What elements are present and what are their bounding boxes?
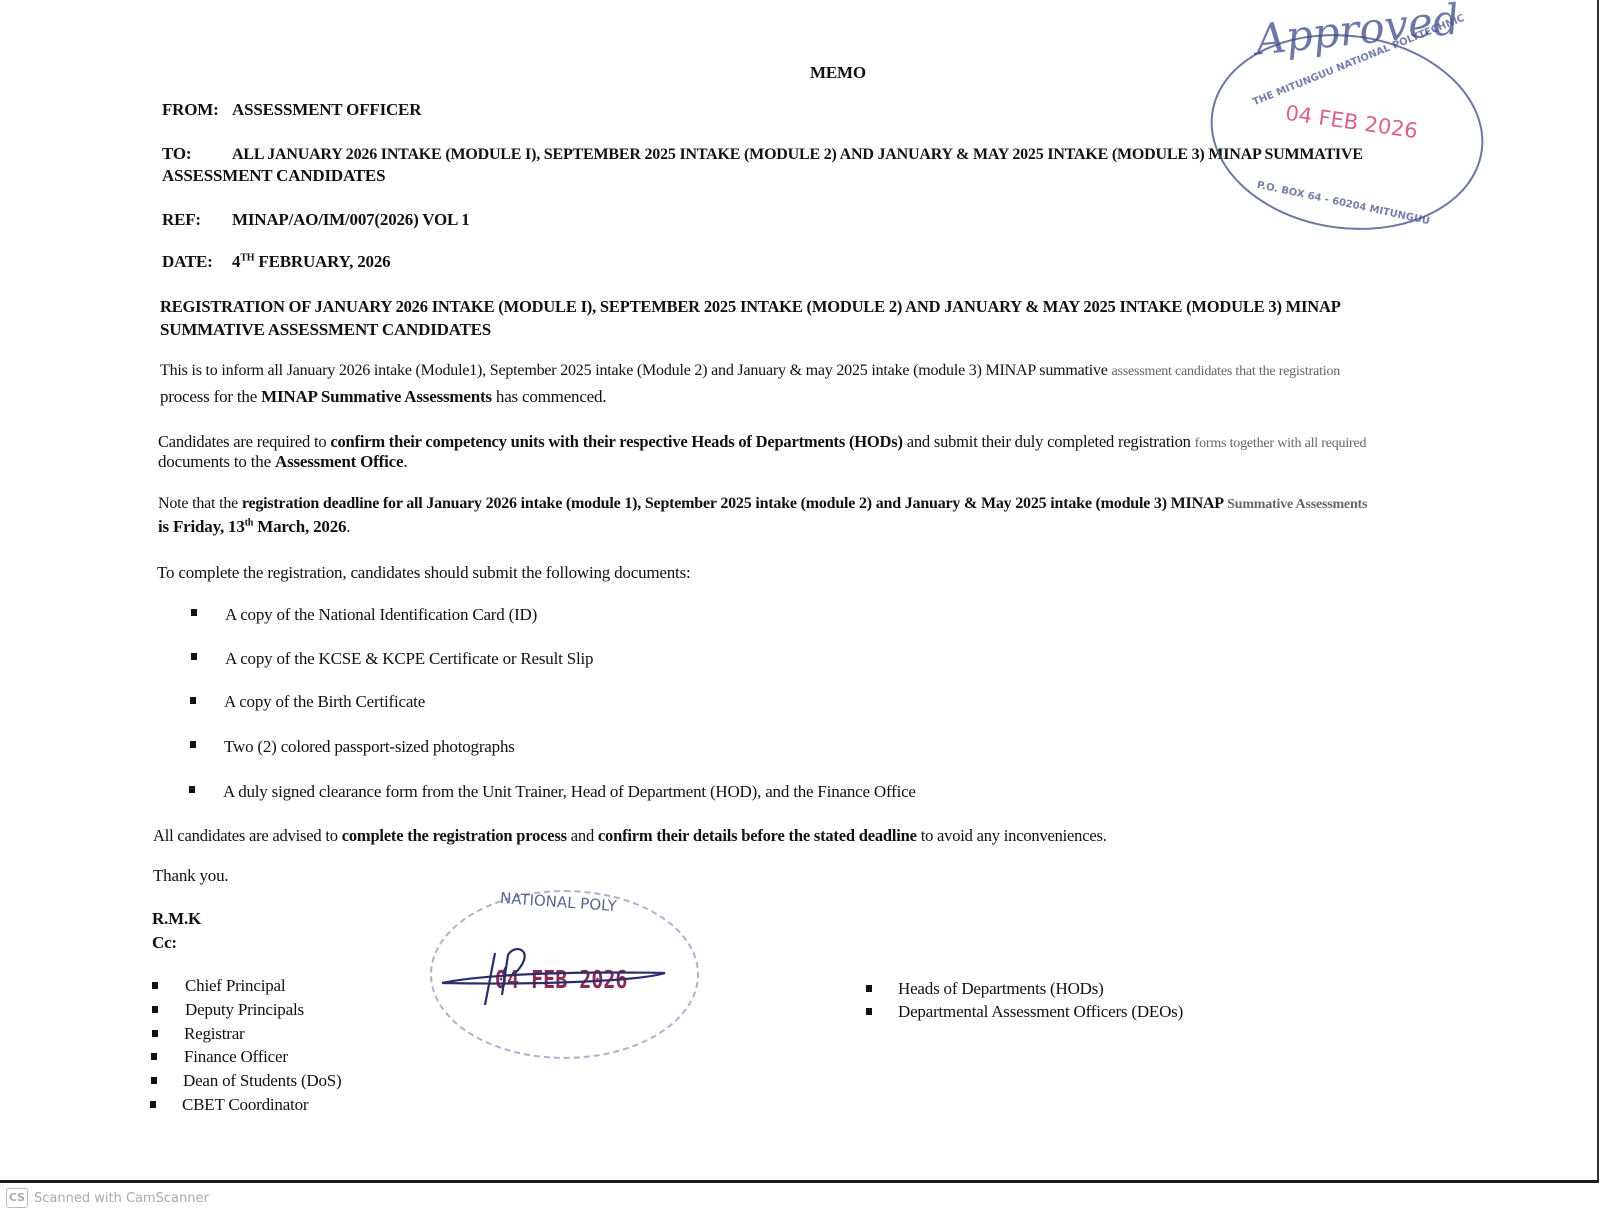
bullet-icon [190,741,196,748]
cc-item: Registrar [184,1024,245,1044]
to-value-continued: ASSESSMENT CANDIDATES [162,166,385,186]
camscanner-text: Scanned with CamScanner [34,1191,209,1206]
paragraph-3-line-1: Note that the registration deadline for … [158,495,1367,513]
date-line: DATE:4TH FEBRUARY, 2026 [162,252,390,272]
bullet-icon [866,1008,872,1015]
bullet-icon [152,1006,158,1013]
bullet-icon [150,1101,156,1108]
signatory-initials: R.M.K [152,909,201,929]
paragraph-4: To complete the registration, candidates… [157,563,691,583]
memo-title: MEMO [810,63,866,83]
subject-line-2: SUMMATIVE ASSESSMENT CANDIDATES [160,320,491,340]
bullet-icon [152,1030,158,1037]
document-item: A copy of the Birth Certificate [224,692,425,712]
cc-item: Finance Officer [184,1047,288,1067]
camscanner-footer: CS Scanned with CamScanner [6,1188,209,1208]
thanks-text: Thank you. [153,866,228,886]
ref-line: REF:MINAP/AO/IM/007(2026) VOL 1 [162,210,470,230]
paragraph-3-line-2: is Friday, 13th March, 2026. [158,517,350,537]
cc-item: Dean of Students (DoS) [183,1071,342,1091]
date-label: DATE: [162,252,232,272]
subject-line-1: REGISTRATION OF JANUARY 2026 INTAKE (MOD… [160,297,1341,317]
document-item: A copy of the KCSE & KCPE Certificate or… [225,649,593,669]
signature-icon [440,945,670,1015]
cc-label: Cc: [152,933,177,953]
from-label: FROM: [162,100,232,120]
paragraph-1-line-1: This is to inform all January 2026 intak… [160,362,1340,380]
bullet-icon [191,653,197,660]
camscanner-logo-icon: CS [6,1188,28,1208]
ref-label: REF: [162,210,232,230]
bullet-icon [151,1053,157,1060]
cc-item: Heads of Departments (HODs) [898,979,1104,999]
bullet-icon [152,982,158,989]
to-value: ALL JANUARY 2026 INTAKE (MODULE I), SEPT… [232,146,1363,163]
document-item: Two (2) colored passport-sized photograp… [224,737,515,757]
to-label: TO: [162,144,232,164]
paragraph-1-line-2: process for the MINAP Summative Assessme… [160,387,606,407]
bullet-icon [190,697,196,704]
paragraph-5: All candidates are advised to complete t… [153,826,1107,846]
bullet-icon [189,786,195,793]
to-line: TO:ALL JANUARY 2026 INTAKE (MODULE I), S… [162,144,1363,164]
bullet-icon [151,1077,157,1084]
from-value: ASSESSMENT OFFICER [232,100,421,119]
date-value: 4TH FEBRUARY, 2026 [232,252,390,271]
cc-item: Chief Principal [185,976,285,996]
paragraph-2-line-2: documents to the Assessment Office. [158,452,407,472]
cc-item: Deputy Principals [185,1000,304,1020]
from-line: FROM:ASSESSMENT OFFICER [162,100,421,120]
paragraph-2-line-1: Candidates are required to confirm their… [158,432,1366,452]
document-item: A copy of the National Identification Ca… [225,605,537,625]
cc-item: CBET Coordinator [182,1095,308,1115]
bullet-icon [866,985,872,992]
ref-value: MINAP/AO/IM/007(2026) VOL 1 [232,210,470,229]
memo-page: MEMO FROM:ASSESSMENT OFFICER TO:ALL JANU… [0,0,1599,1183]
bullet-icon [191,609,197,616]
cc-item: Departmental Assessment Officers (DEOs) [898,1002,1183,1022]
document-item: A duly signed clearance form from the Un… [223,782,916,802]
